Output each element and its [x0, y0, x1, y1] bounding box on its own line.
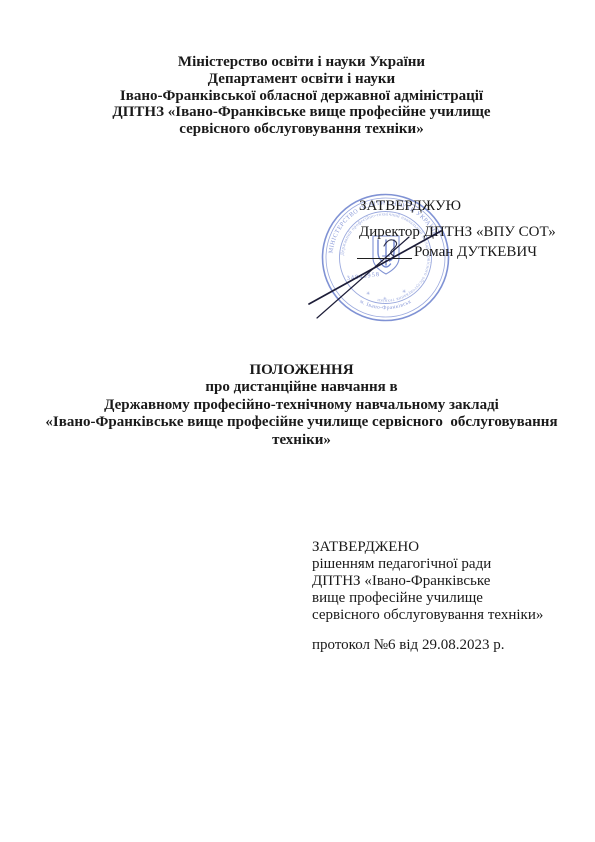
title-line: Державному професійно-технічному навчаль… [8, 397, 595, 414]
approved-line: вище професійне училище [312, 590, 543, 607]
approved-line: ДПТНЗ «Івано-Франківське [312, 573, 543, 590]
title-line: «Івано-Франківське вище професійне учили… [8, 414, 595, 431]
approved-line: сервісного обслуговування техніки» [312, 607, 543, 624]
signature-strokes [300, 215, 450, 330]
protocol-line: протокол №6 від 29.08.2023 р. [312, 637, 543, 654]
approved-label: ЗАТВЕРДЖЕНО [312, 539, 543, 556]
title-block: ПОЛОЖЕННЯ про дистанційне навчання в Дер… [8, 362, 595, 449]
header-line: Івано-Франківської обласної державної ад… [8, 88, 595, 105]
title-line: про дистанційне навчання в [8, 379, 595, 396]
header-line: сервісного обслуговування техніки» [8, 121, 595, 138]
document-page: Міністерство освіти і науки України Депа… [0, 0, 595, 842]
header-line: Департамент освіти і науки [8, 71, 595, 88]
title-line: техніки» [8, 432, 595, 449]
header-line: ДПТНЗ «Івано-Франківське вище професійне… [8, 104, 595, 121]
header-line: Міністерство освіти і науки України [8, 54, 595, 71]
approved-block: ЗАТВЕРДЖЕНО рішенням педагогічної ради Д… [312, 539, 543, 654]
document-title: ПОЛОЖЕННЯ [8, 362, 595, 379]
approved-line: рішенням педагогічної ради [312, 556, 543, 573]
approval-label: ЗАТВЕРДЖУЮ [359, 198, 461, 215]
header-block: Міністерство освіти і науки України Депа… [8, 54, 595, 138]
